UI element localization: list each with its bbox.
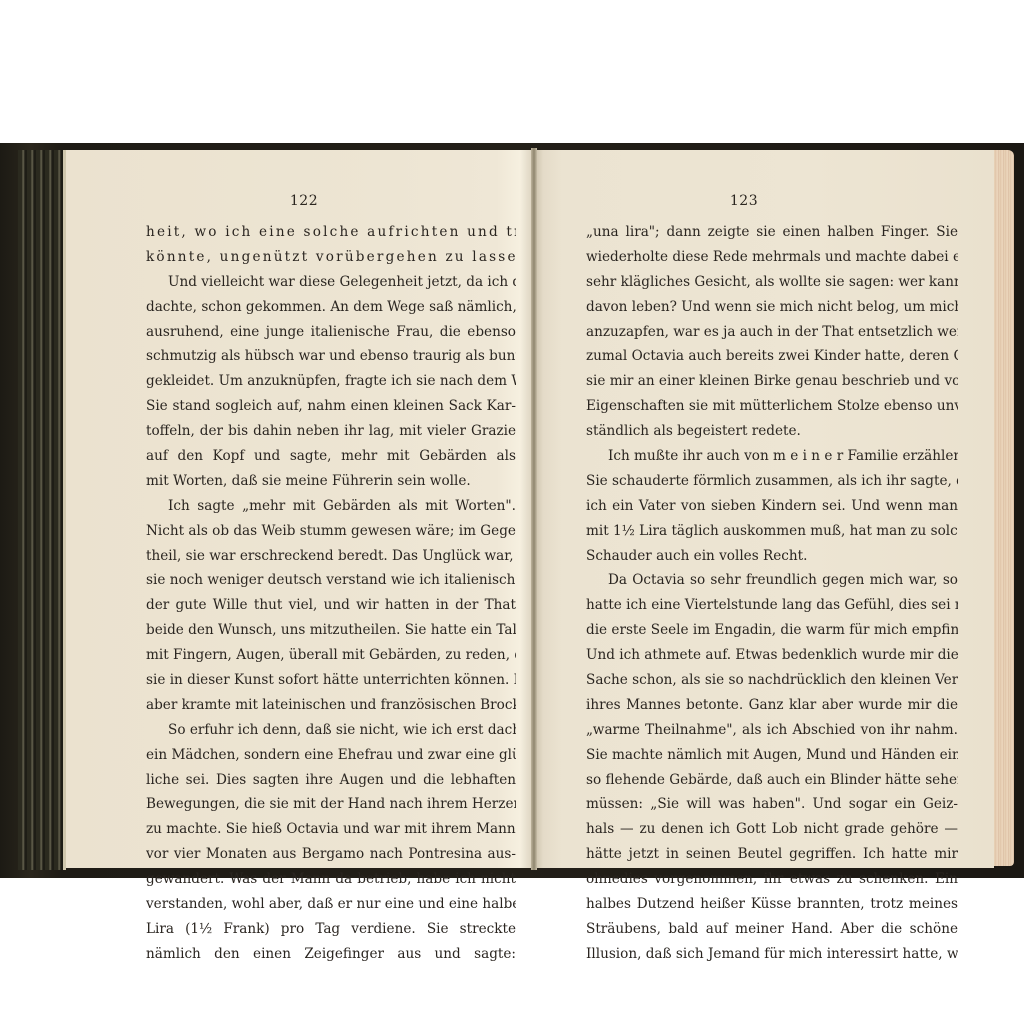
- text-line: der gute Wille thut viel, und wir hatten…: [146, 593, 516, 618]
- text-line: Sie schauderte förmlich zusammen, als ic…: [586, 469, 958, 494]
- text-line: ich ein Vater von sieben Kindern sei. Un…: [586, 494, 958, 519]
- text-line: sie mir an einer kleinen Birke genau bes…: [586, 369, 958, 394]
- text-line: Lira (1½ Frank) pro Tag verdiene. Sie st…: [146, 917, 516, 942]
- text-line: Ich mußte ihr auch von m e i n e r Famil…: [586, 444, 958, 469]
- text-line: liche sei. Dies sagten ihre Augen und di…: [146, 768, 516, 793]
- text-line: müssen: „Sie will was haben". Und sogar …: [586, 792, 958, 817]
- right-page-text: „una lira"; dann zeigte sie einen halben…: [586, 220, 958, 967]
- text-line: Sie stand sogleich auf, nahm einen klein…: [146, 394, 516, 419]
- right-page: 123 „una lira"; dann zeigte sie einen ha…: [534, 150, 994, 868]
- text-line: hätte jetzt in seinen Beutel gegriffen. …: [586, 842, 958, 867]
- text-line: hals — zu denen ich Gott Lob nicht grade…: [586, 817, 958, 842]
- text-line: halbes Dutzend heißer Küsse brannten, tr…: [586, 892, 958, 917]
- text-line: die erste Seele im Engadin, die warm für…: [586, 618, 958, 643]
- text-line: mit 1½ Lira täglich auskommen muß, hat m…: [586, 519, 958, 544]
- text-line: dachte, schon gekommen. An dem Wege saß …: [146, 295, 516, 320]
- text-line: theil, sie war erschreckend beredt. Das …: [146, 544, 516, 569]
- page-number-right: 123: [514, 193, 974, 209]
- text-line: vor vier Monaten aus Bergamo nach Pontre…: [146, 842, 516, 867]
- text-line: schmutzig als hübsch war und ebenso trau…: [146, 344, 516, 369]
- text-line: „una lira"; dann zeigte sie einen halben…: [586, 220, 958, 245]
- text-line: Nicht als ob das Weib stumm gewesen wäre…: [146, 519, 516, 544]
- text-line: sie noch weniger deutsch verstand wie ic…: [146, 568, 516, 593]
- text-line: toffeln, der bis dahin neben ihr lag, mi…: [146, 419, 516, 444]
- left-page-text: heit, wo ich eine solche aufrichten und …: [146, 220, 516, 967]
- text-line: So erfuhr ich denn, daß sie nicht, wie i…: [146, 718, 516, 743]
- page-number-left: 122: [66, 193, 534, 209]
- text-line: sie in dieser Kunst sofort hätte unterri…: [146, 668, 516, 693]
- text-line: ihres Mannes betonte. Ganz klar aber wur…: [586, 693, 958, 718]
- text-line: ohnedies vorgenommen, ihr etwas zu schen…: [586, 867, 958, 892]
- text-line: wiederholte diese Rede mehrmals und mach…: [586, 245, 958, 270]
- text-line: gewandert. Was der Mann da betrieb, habe…: [146, 867, 516, 892]
- right-page-stack-edges: [994, 150, 1014, 866]
- text-line: gekleidet. Um anzuknüpfen, fragte ich si…: [146, 369, 516, 394]
- text-line: Und ich athmete auf. Etwas bedenklich wu…: [586, 643, 958, 668]
- text-line: mit Worten, daß sie meine Führerin sein …: [146, 469, 516, 494]
- text-line: hatte ich eine Viertelstunde lang das Ge…: [586, 593, 958, 618]
- text-line: mit Fingern, Augen, überall mit Gebärden…: [146, 643, 516, 668]
- text-line: Eigenschaften sie mit mütterlichem Stolz…: [586, 394, 958, 419]
- text-line: ständlich als begeistert redete.: [586, 419, 958, 444]
- text-line: Bewegungen, die sie mit der Hand nach ih…: [146, 792, 516, 817]
- text-line: Sache schon, als sie so nachdrücklich de…: [586, 668, 958, 693]
- text-line: davon leben? Und wenn sie mich nicht bel…: [586, 295, 958, 320]
- text-line: Da Octavia so sehr freundlich gegen mich…: [586, 568, 958, 593]
- text-line: Und vielleicht war diese Gelegenheit jet…: [146, 270, 516, 295]
- text-line: „warme Theilnahme", als ich Abschied von…: [586, 718, 958, 743]
- text-line: zumal Octavia auch bereits zwei Kinder h…: [586, 344, 958, 369]
- text-line: auf den Kopf und sagte, mehr mit Gebärde…: [146, 444, 516, 469]
- text-line: anzuzapfen, war es ja auch in der That e…: [586, 320, 958, 345]
- left-page: 122 heit, wo ich eine solche aufrichten …: [66, 150, 534, 868]
- text-line: Ich sagte „mehr mit Gebärden als mit Wor…: [146, 494, 516, 519]
- text-line: ein Mädchen, sondern eine Ehefrau und zw…: [146, 743, 516, 768]
- text-line: so flehende Gebärde, daß auch ein Blinde…: [586, 768, 958, 793]
- text-line: Illusion, daß sich Jemand für mich inter…: [586, 942, 958, 967]
- text-line: Schauder auch ein volles Recht.: [586, 544, 958, 569]
- text-line: Sträubens, bald auf meiner Hand. Aber di…: [586, 917, 958, 942]
- book-gutter: [531, 148, 537, 870]
- text-line: ausruhend, eine junge italienische Frau,…: [146, 320, 516, 345]
- text-line: aber kramte mit lateinischen und französ…: [146, 693, 516, 718]
- text-line: Sie machte nämlich mit Augen, Mund und H…: [586, 743, 958, 768]
- text-line: zu machte. Sie hieß Octavia und war mit …: [146, 817, 516, 842]
- left-page-stack-edges: [18, 150, 66, 870]
- text-line: heit, wo ich eine solche aufrichten und …: [146, 220, 516, 245]
- text-line: sehr klägliches Gesicht, als wollte sie …: [586, 270, 958, 295]
- text-line: beide den Wunsch, uns mitzutheilen. Sie …: [146, 618, 516, 643]
- text-line: könnte, ungenützt vorübergehen zu lassen…: [146, 245, 516, 270]
- text-line: nämlich den einen Zeigefinger aus und sa…: [146, 942, 516, 967]
- text-line: verstanden, wohl aber, daß er nur eine u…: [146, 892, 516, 917]
